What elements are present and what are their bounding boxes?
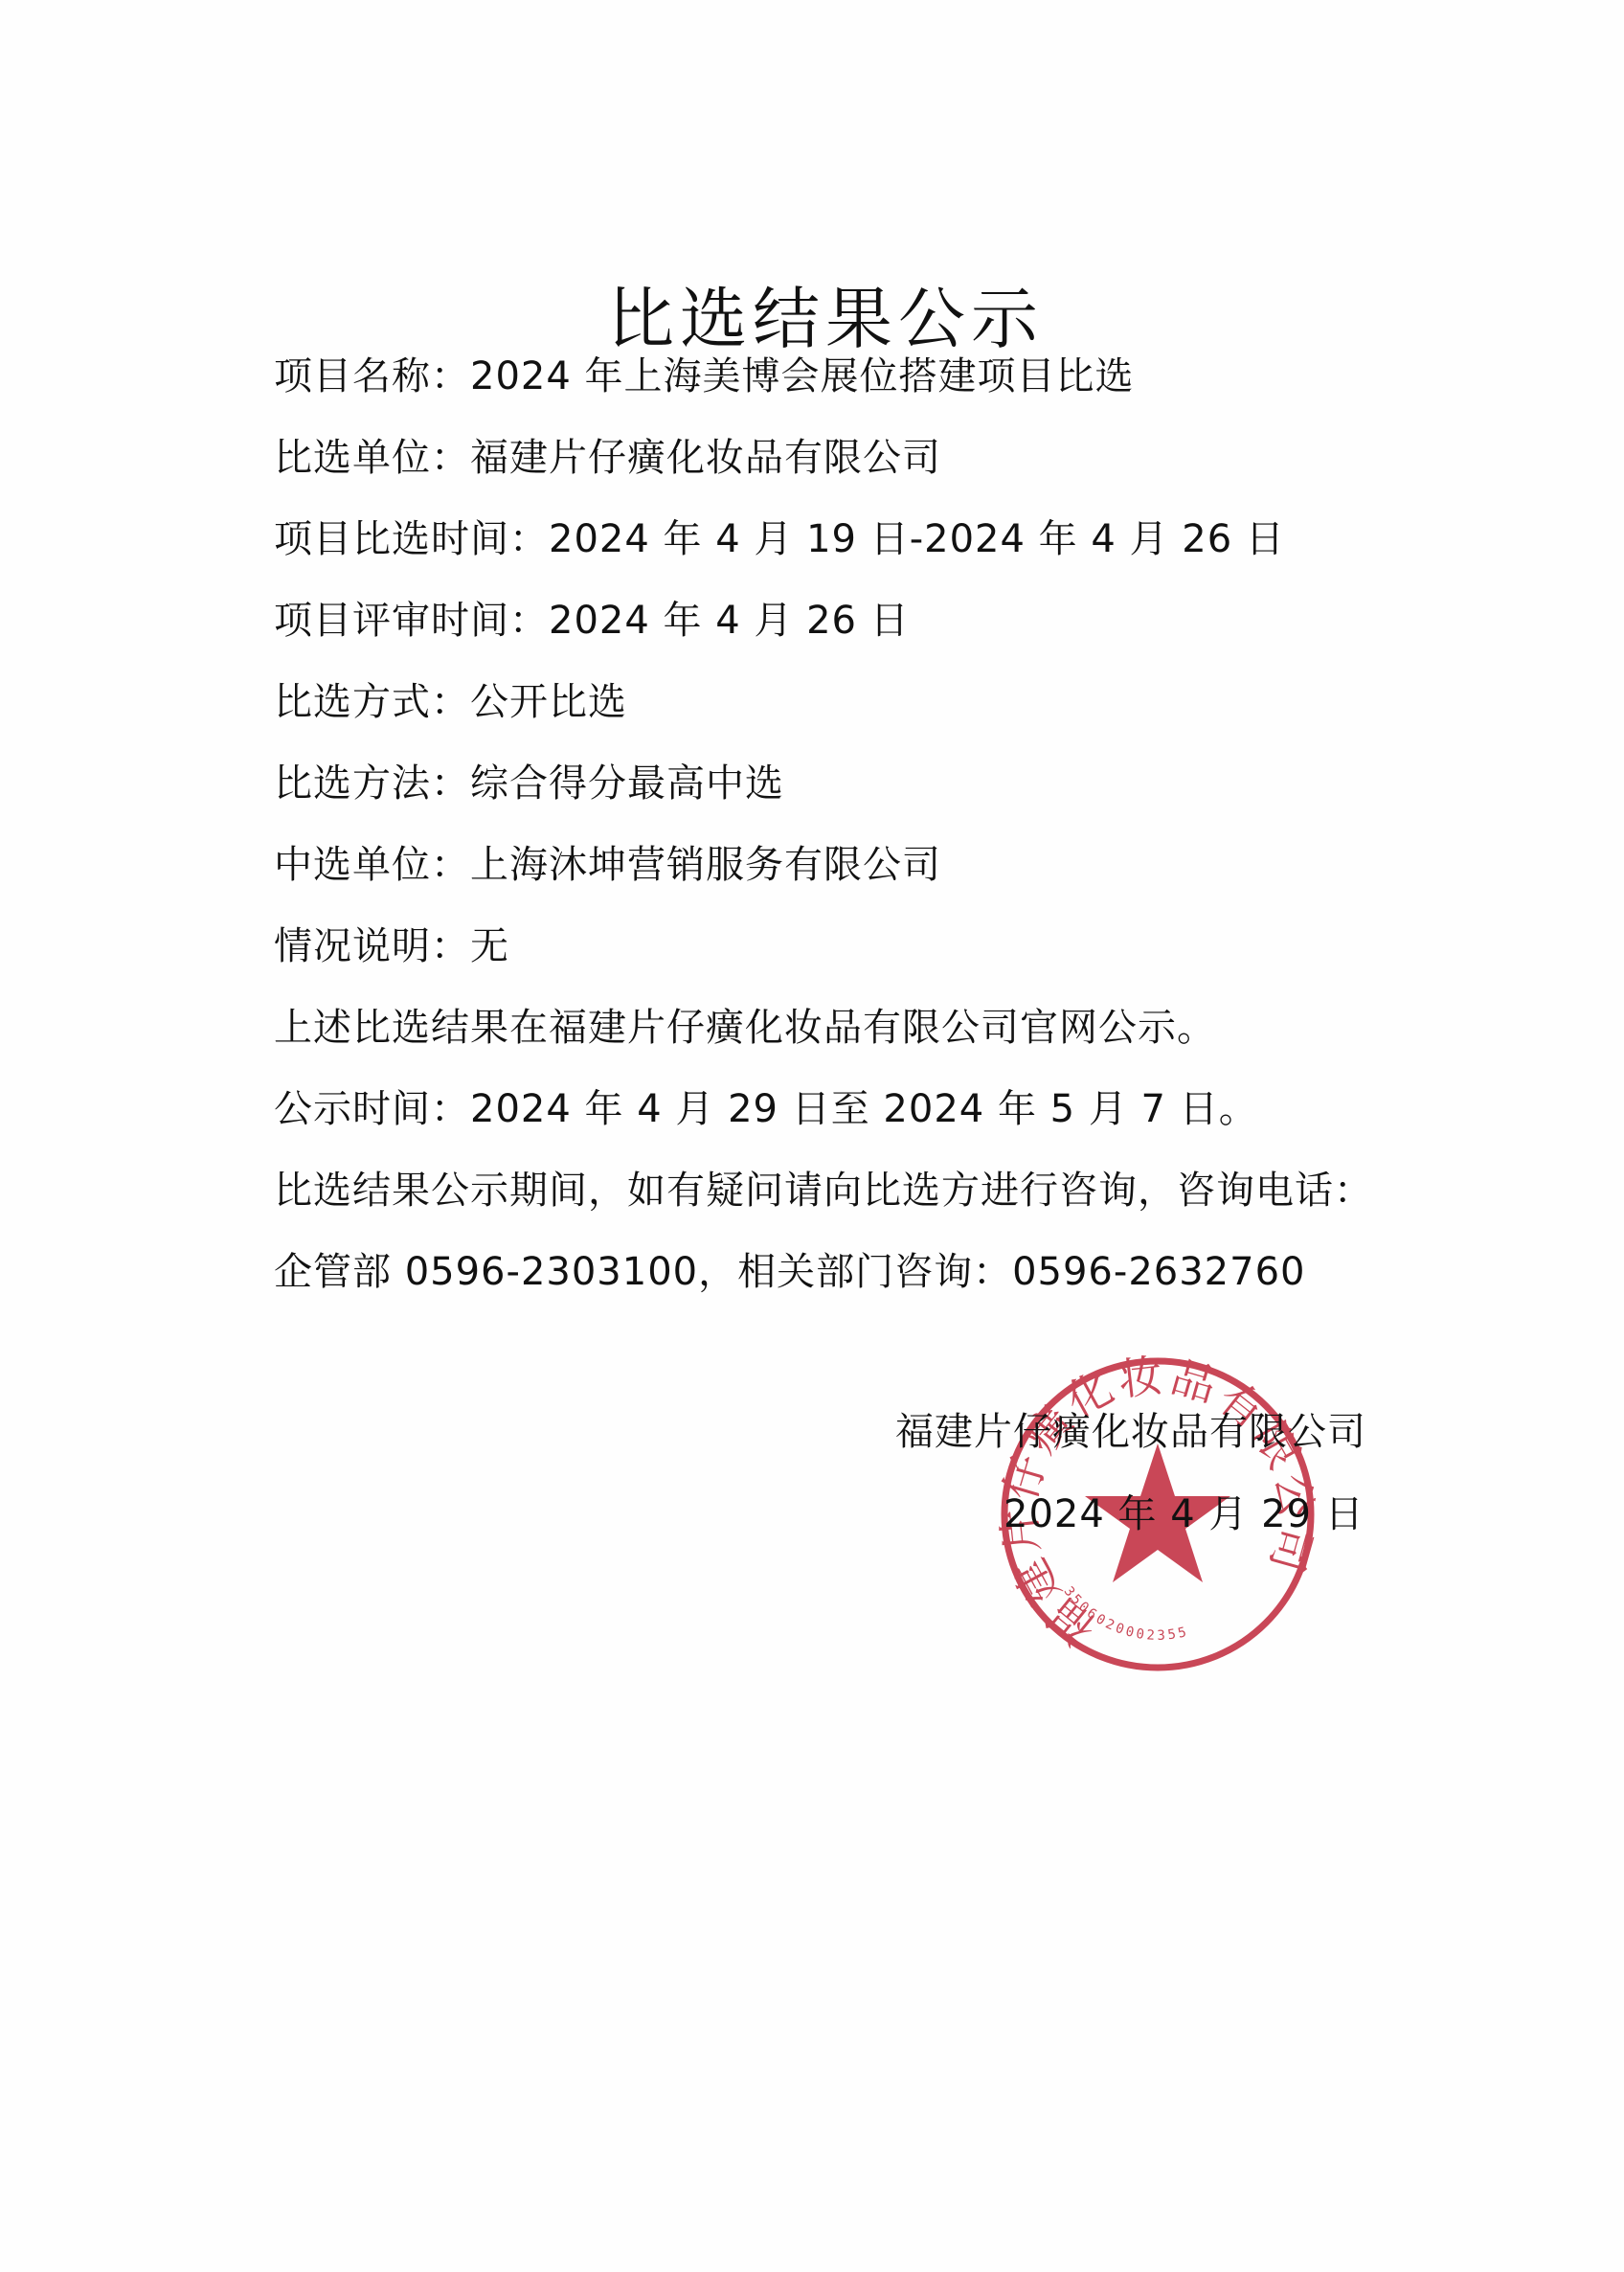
- signature-company: 福建片仔癀化妆品有限公司: [895, 1408, 1366, 1456]
- field-label: 项目名称：: [274, 354, 470, 398]
- field-selection-period: 项目比选时间：2024 年 4 月 19 日-2024 年 4 月 26 日: [274, 515, 1423, 597]
- field-label: 项目比选时间：: [274, 517, 549, 561]
- field-selection-method: 比选方法：综合得分最高中选: [274, 760, 1423, 841]
- field-winning-unit: 中选单位：上海沐坤营销服务有限公司: [274, 841, 1423, 922]
- field-value: 2024 年 4 月 26 日: [549, 599, 910, 643]
- field-label: 比选单位：: [274, 436, 470, 480]
- field-value: 综合得分最高中选: [470, 761, 784, 806]
- field-value: 公开比选: [470, 680, 627, 724]
- document-page: 比选结果公示 项目名称：2024 年上海美博会展位搭建项目比选 比选单位：福建片…: [0, 0, 1624, 2272]
- field-value: 2024 年上海美博会展位搭建项目比选: [470, 354, 1135, 398]
- field-remarks: 情况说明：无: [274, 922, 1423, 1004]
- field-selection-mode: 比选方式：公开比选: [274, 678, 1423, 760]
- field-value: 上海沐坤营销服务有限公司: [470, 843, 941, 887]
- field-selecting-unit: 比选单位：福建片仔癀化妆品有限公司: [274, 434, 1423, 515]
- page-title: 比选结果公示: [0, 273, 1624, 365]
- field-project-name: 项目名称：2024 年上海美博会展位搭建项目比选: [274, 352, 1423, 434]
- field-value: 无: [470, 924, 509, 968]
- field-label: 比选方式：: [274, 680, 470, 724]
- paragraph-inquiry-note: 比选结果公示期间，如有疑问请向比选方进行咨询，咨询电话：: [274, 1167, 1423, 1248]
- document-body: 项目名称：2024 年上海美博会展位搭建项目比选 比选单位：福建片仔癀化妆品有限…: [274, 352, 1423, 1329]
- paragraph-publicity-period: 公示时间：2024 年 4 月 29 日至 2024 年 5 月 7 日。: [274, 1085, 1423, 1167]
- field-value: 2024 年 4 月 19 日-2024 年 4 月 26 日: [549, 517, 1285, 561]
- field-label: 比选方法：: [274, 761, 470, 806]
- field-value: 福建片仔癀化妆品有限公司: [470, 436, 941, 480]
- paragraph-contact-phones: 企管部 0596-2303100，相关部门咨询：0596-2632760: [274, 1248, 1423, 1329]
- field-review-date: 项目评审时间：2024 年 4 月 26 日: [274, 597, 1423, 678]
- field-label: 项目评审时间：: [274, 599, 549, 643]
- field-label: 情况说明：: [274, 924, 470, 968]
- paragraph-publication-note: 上述比选结果在福建片仔癀化妆品有限公司官网公示。: [274, 1004, 1423, 1085]
- field-label: 中选单位：: [274, 843, 470, 887]
- signature-date: 2024 年 4 月 29 日: [1004, 1490, 1365, 1538]
